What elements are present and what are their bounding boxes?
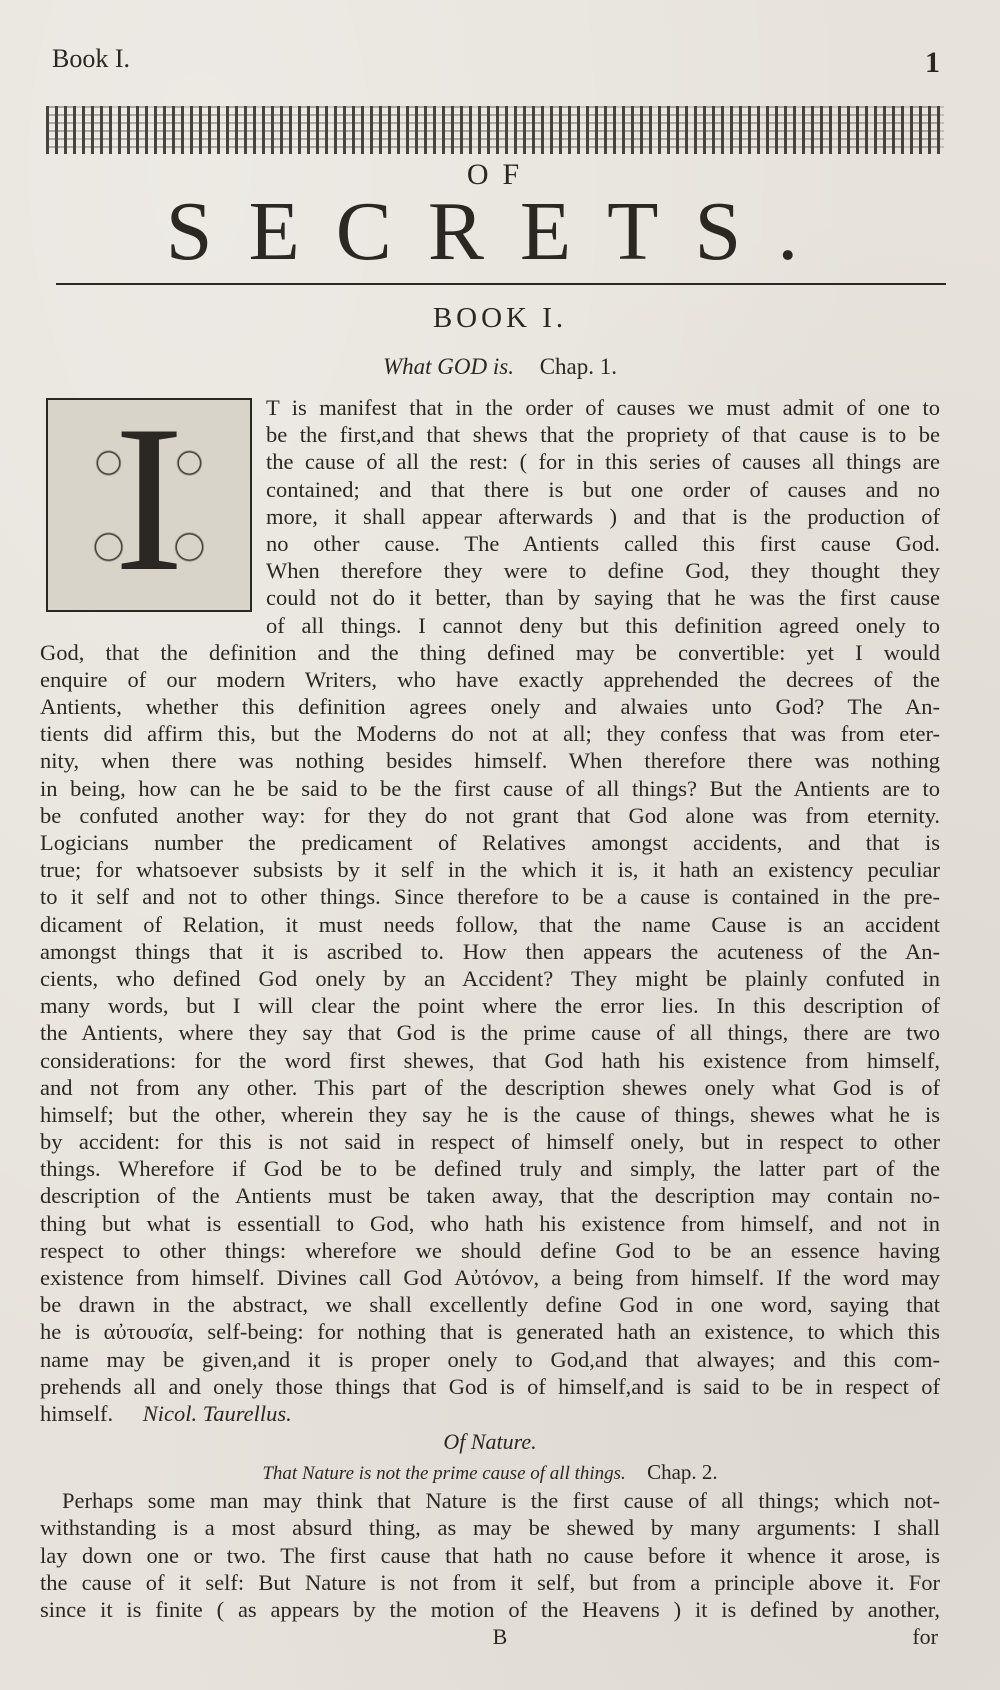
text-line: true; for whatsoever subsists by it self… bbox=[40, 856, 940, 883]
text-line: many words, but I will clear the point w… bbox=[40, 992, 940, 1019]
text-line: by accident: for this is not said in res… bbox=[40, 1128, 940, 1155]
text-line: be the first,and that shews that the pro… bbox=[40, 421, 940, 448]
text-line: T is manifest that in the order of cause… bbox=[40, 394, 940, 421]
text-line: existence from himself. Divines call God… bbox=[40, 1264, 940, 1291]
text-line: respect to other things: wherefore we sh… bbox=[40, 1237, 940, 1264]
catchword: for bbox=[912, 1624, 938, 1650]
text-line: more, it shall appear afterwards ) and t… bbox=[40, 503, 940, 530]
text-line: the cause of it self: But Nature is not … bbox=[40, 1569, 940, 1596]
text-line: God, that the definition and the thing d… bbox=[40, 639, 940, 666]
text-line: withstanding is a most absurd thing, as … bbox=[40, 1514, 940, 1541]
chapter-1-heading: What GOD is. Chap. 1. bbox=[0, 354, 1000, 380]
body-text: T is manifest that in the order of cause… bbox=[40, 394, 940, 1623]
text-line: name may be given,and it is proper onely… bbox=[40, 1346, 940, 1373]
text-line: to it self and not to other things. Sinc… bbox=[40, 883, 940, 910]
text-line: amongst things that it is ascribed to. H… bbox=[40, 938, 940, 965]
section-heading-of-nature: Of Nature. bbox=[40, 1427, 940, 1457]
text-line: description of the Antients must be take… bbox=[40, 1182, 940, 1209]
running-head-book: Book I. bbox=[52, 44, 130, 74]
book-heading: BOOK I. bbox=[0, 302, 1000, 335]
title-rule-divider bbox=[56, 283, 946, 285]
text-line: lay down one or two. The first cause tha… bbox=[40, 1542, 940, 1569]
chapter-1-title: What GOD is. bbox=[383, 354, 514, 379]
page-number: 1 bbox=[925, 46, 940, 80]
text-line: could not do it better, than by saying t… bbox=[40, 584, 940, 611]
attribution: Nicol. Taurellus. bbox=[143, 1401, 292, 1426]
running-head: Book I. 1 bbox=[52, 44, 940, 84]
text-line: be drawn in the abstract, we shall excel… bbox=[40, 1291, 940, 1318]
text-line: the cause of all the rest: ( for in this… bbox=[40, 448, 940, 475]
text-line: When therefore they were to define God, … bbox=[40, 557, 940, 584]
text-line: Antients, whether this definition agrees… bbox=[40, 693, 940, 720]
last-line-text: himself. bbox=[40, 1401, 113, 1426]
text-line-last: himself. Nicol. Taurellus. bbox=[40, 1400, 940, 1427]
text-line: since it is finite ( as appears by the m… bbox=[40, 1596, 940, 1623]
text-line: contained; and that there is but one ord… bbox=[40, 476, 940, 503]
text-line: in being, how can he be said to be the f… bbox=[40, 775, 940, 802]
text-line: and not from any other. This part of the… bbox=[40, 1074, 940, 1101]
chapter-2-title: That Nature is not the prime cause of al… bbox=[262, 1463, 625, 1484]
text-line: Perhaps some man may think that Nature i… bbox=[40, 1487, 940, 1514]
text-line: considerations: for the word first shewe… bbox=[40, 1047, 940, 1074]
book-page: Book I. 1 OF SECRETS. BOOK I. What GOD i… bbox=[0, 0, 1000, 1690]
text-line: the Antients, where they say that God is… bbox=[40, 1019, 940, 1046]
text-line: himself; but the other, wherein they say… bbox=[40, 1101, 940, 1128]
signature-mark: B bbox=[0, 1624, 1000, 1650]
text-line: things. Wherefore if God be to be define… bbox=[40, 1155, 940, 1182]
chapter-1-label: Chap. 1. bbox=[540, 354, 617, 379]
text-line: nity, when there was nothing besides him… bbox=[40, 747, 940, 774]
text-line: cients, who defined God onely by an Acci… bbox=[40, 965, 940, 992]
chapter-2-label: Chap. 2. bbox=[647, 1460, 718, 1484]
chapter-2-heading: That Nature is not the prime cause of al… bbox=[40, 1457, 940, 1487]
text-line: no other cause. The Antients called this… bbox=[40, 530, 940, 557]
text-line: enquire of our modern Writers, who have … bbox=[40, 666, 940, 693]
text-line: dicament of Relation, it must needs foll… bbox=[40, 911, 940, 938]
text-line: prehends all and onely those things that… bbox=[40, 1373, 940, 1400]
text-line: Logicians number the predicament of Rela… bbox=[40, 829, 940, 856]
decorative-ornament-band bbox=[46, 106, 944, 154]
page-title: SECRETS. bbox=[0, 190, 1000, 274]
text-line: thing but what is essentiall to God, who… bbox=[40, 1210, 940, 1237]
text-line: be confuted another way: for they do not… bbox=[40, 802, 940, 829]
text-line: he is αὐτουσία, self-being: for nothing … bbox=[40, 1318, 940, 1345]
text-line: of all things. I cannot deny but this de… bbox=[40, 612, 940, 639]
text-line: tients did affirm this, but the Moderns … bbox=[40, 720, 940, 747]
